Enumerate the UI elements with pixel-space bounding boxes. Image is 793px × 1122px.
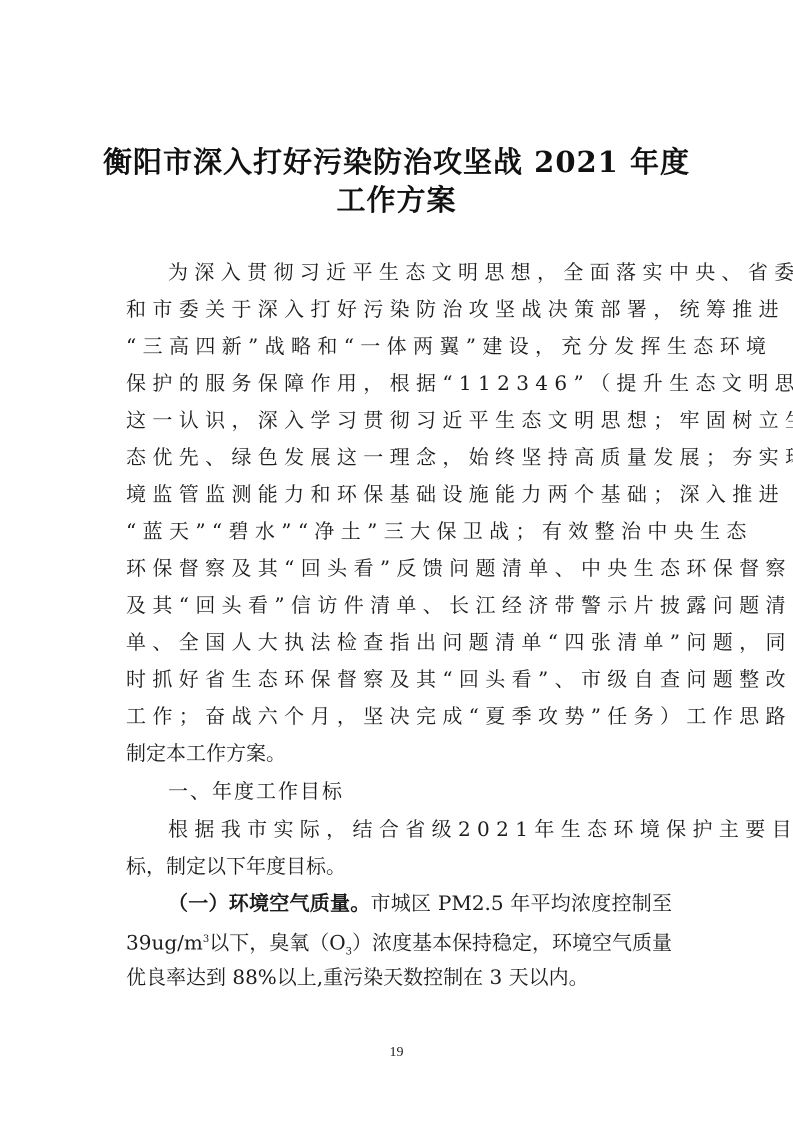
document-page: 衡阳市深入打好污染防治攻坚战 2021 年度 工作方案 为 深 入 贯 彻 习 … [0, 0, 793, 1122]
paragraph-line: 这 一 认 识 ， 深 入 学 习 贯 彻 习 近 平 生 态 文 明 思 想 … [126, 405, 672, 435]
paragraph-line: 态 优 先 、 绿 色 发 展 这 一 理 念 ， 始 终 坚 持 高 质 量 … [126, 442, 672, 472]
paragraph-line: 和 市 委 关 于 深 入 打 好 污 染 防 治 攻 坚 战 决 策 部 署 … [126, 294, 672, 324]
paragraph-line: 境 监 管 监 测 能 力 和 环 保 基 础 设 施 能 力 两 个 基 础 … [126, 479, 672, 509]
paragraph-line: 及 其 “ 回 头 看 ” 信 访 件 清 单 、 长 江 经 济 带 警 示 … [126, 590, 672, 620]
paragraph-line: 时 抓 好 省 生 态 环 保 督 察 及 其 “ 回 头 看 ” 、 市 级 … [126, 664, 672, 694]
paragraph-line: 标，制定以下年度目标。 [126, 851, 672, 881]
paragraph-line: 工 作 ； 奋 战 六 个 月 ， 坚 决 完 成 “ 夏 季 攻 势 ” 任 … [126, 701, 672, 731]
item-text: 39ug/m [126, 931, 203, 955]
paragraph-line: 保 护 的 服 务 保 障 作 用 ， 根 据 “ 1 1 2 3 4 6 ” … [126, 368, 672, 398]
document-title-line-1: 衡阳市深入打好污染防治攻坚战 2021 年度 [0, 140, 793, 181]
item-text: 以下，臭氧（O [209, 931, 345, 955]
page-number: 19 [0, 1045, 793, 1061]
paragraph-line: 根 据 我 市 实 际 ， 结 合 省 级 2 0 2 1 年 生 态 环 境 … [168, 814, 672, 844]
paragraph-line: 为 深 入 贯 彻 习 近 平 生 态 文 明 思 想 ， 全 面 落 实 中 … [168, 257, 672, 287]
paragraph-line: 单 、 全 国 人 大 执 法 检 查 指 出 问 题 清 单 “ 四 张 清 … [126, 627, 672, 657]
item-line-1: （一）环境空气质量。市城区 PM2.5 年平均浓度控制至 [168, 888, 672, 918]
paragraph-line: 制定本工作方案。 [126, 738, 672, 768]
section-heading: 一、年度工作目标 [168, 776, 344, 806]
item-line-3: 优良率达到 88%以上,重污染天数控制在 3 天以内。 [126, 962, 672, 992]
item-text: 市城区 PM2.5 年平均浓度控制至 [371, 891, 672, 915]
paragraph-line: “ 蓝 天 ” “ 碧 水 ” “ 净 土 ” 三 大 保 卫 战 ； 有 效 … [126, 516, 672, 546]
paragraph-line: “ 三 高 四 新 ” 战 略 和 “ 一 体 两 翼 ” 建 设 ， 充 分 … [126, 331, 672, 361]
document-title-line-2: 工作方案 [0, 178, 793, 219]
item-text: ）浓度基本保持稳定，环境空气质量 [352, 931, 672, 955]
item-label: （一）环境空气质量。 [168, 891, 371, 915]
item-line-2: 39ug/m3以下，臭氧（O3）浓度基本保持稳定，环境空气质量 [126, 925, 672, 955]
paragraph-line: 环 保 督 察 及 其 “ 回 头 看 ” 反 馈 问 题 清 单 、 中 央 … [126, 553, 672, 583]
